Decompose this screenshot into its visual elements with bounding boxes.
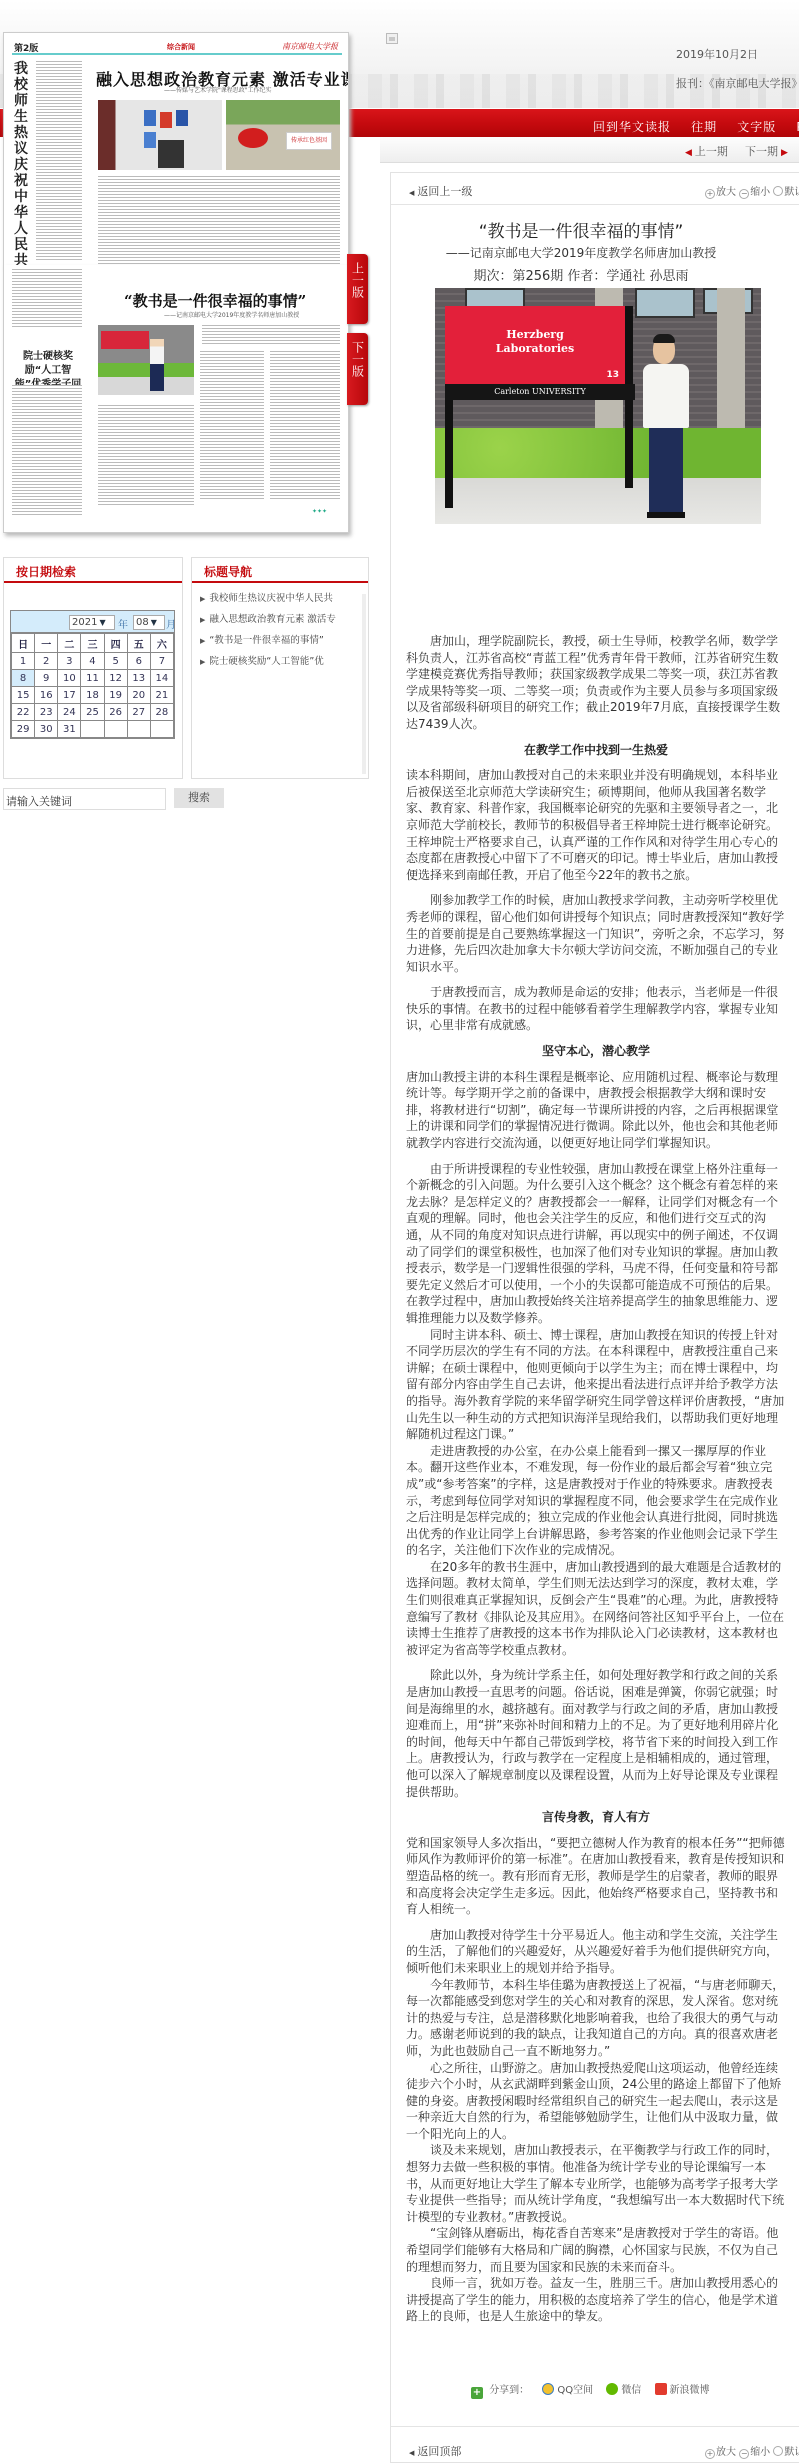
calendar-day[interactable]: 23 [35, 704, 58, 721]
title-nav-title: 标题导航 [192, 558, 368, 583]
circle-icon [773, 186, 783, 196]
calendar-day[interactable]: 26 [104, 704, 127, 721]
calendar-day[interactable]: 16 [35, 687, 58, 704]
calendar-day[interactable]: 21 [150, 687, 173, 704]
triangle-right-icon: ▶ [200, 616, 205, 624]
calendar-day[interactable]: 30 [35, 721, 58, 738]
font-size-tools-bottom: +放大 −缩小 默认 [705, 2443, 799, 2459]
calendar-day-empty [150, 721, 173, 738]
article-hotspot-1[interactable]: 我校师生热议庆祝中华人民共和国成立70周年大会 [14, 61, 30, 266]
title-nav-panel: 标题导航 ▶我校师生热议庆祝中华人民共 ▶融入思想政治教育元素 激活专 ▶“教书… [191, 557, 369, 779]
calendar-day[interactable]: 19 [104, 687, 127, 704]
article-intro: 唐加山，理学院副院长，教授，硕士生导师，校教学名师，数学学科负责人，江苏省高校“… [406, 633, 786, 733]
article-paragraph: 今年教师节，本科生毕佳璐为唐教授送上了祝福，“与唐老师聊天，每一次都能感受到您对… [406, 1977, 786, 2060]
article-paragraph: 同时主讲本科、硕士、博士课程，唐加山教授在知识的传授上针对不同学历层次的学生有不… [406, 1327, 786, 1443]
zoom-default-button[interactable]: 默认 [773, 187, 799, 198]
triangle-left-icon: ◀ [685, 148, 692, 158]
calendar-day[interactable]: 29 [12, 721, 35, 738]
article-paragraph: 良师一言，犹如万卷。益友一生，胜朋三千。唐加山教授用悉心的讲授提高了学生的能力，… [406, 2275, 786, 2325]
calendar-day[interactable]: 25 [81, 704, 104, 721]
text-block [36, 61, 82, 261]
article-paragraph: 唐加山教授主讲的本科生课程是概率论、应用随机过程、概率论与数理统计等。每学期开学… [406, 1069, 786, 1152]
weekday-label: 一 [35, 634, 58, 653]
calendar-day[interactable]: 11 [81, 670, 104, 687]
minus-circle-icon: − [739, 2449, 749, 2459]
article-paragraph: 于唐教授而言，成为教师是命运的安排；他表示，当老师是一件很快乐的事情。在教书的过… [406, 984, 786, 1034]
paper-name: 报刊：《南京邮电大学报》 [676, 75, 799, 91]
calendar-day[interactable]: 12 [104, 670, 127, 687]
article-title: “教书是一件很幸福的事情” [391, 217, 771, 242]
zoom-in-button[interactable]: +放大 [705, 2447, 736, 2458]
calendar-day-today[interactable]: 8 [12, 670, 35, 687]
article-paragraph: 读本科期间，唐加山教授对自己的未来职业并没有明确规划，本科毕业后被保送至北京师范… [406, 767, 786, 883]
section-heading: 在教学工作中找到一生热爱 [406, 742, 786, 759]
calendar-day[interactable]: 4 [81, 653, 104, 670]
wechat-icon [606, 2383, 618, 2395]
back-to-top-link[interactable]: ◀返回顶部 [409, 2443, 461, 2459]
calendar-day[interactable]: 18 [81, 687, 104, 704]
chevron-down-icon: ▼ [151, 618, 157, 627]
calendar-grid: 日 一 二 三 四 五 六 1 2 3 4 5 6 7 8 9 10 1 [11, 633, 174, 738]
article-toolbar-bottom: ◀返回顶部 +放大 −缩小 默认 [391, 2426, 799, 2463]
calendar-day[interactable]: 17 [58, 687, 81, 704]
weekday-label: 五 [127, 634, 150, 653]
article-paragraph: 除此以外，身为统计学系主任，如何处理好教学和行政之间的关系是唐加山教授一直思考的… [406, 1667, 786, 1800]
page-header: 第2版 综合新闻 南京邮电大学报 [12, 41, 342, 55]
calendar-day[interactable]: 31 [58, 721, 81, 738]
calendar-day[interactable]: 28 [150, 704, 173, 721]
logo-image-icon [386, 33, 398, 44]
article-subtitle: ——记南京邮电大学2019年度教学名师唐加山教授 [391, 244, 771, 261]
title-nav-item[interactable]: ▶“教书是一件很幸福的事情” [200, 630, 368, 651]
weibo-icon [655, 2383, 667, 2395]
text-block [200, 351, 264, 501]
photo-sign: HerzbergLaboratories 13 [445, 306, 625, 384]
calendar-day-empty [81, 721, 104, 738]
chevron-down-icon: ▼ [99, 618, 105, 627]
triangle-right-icon: ▶ [200, 595, 205, 603]
triangle-right-icon: ▶ [200, 658, 205, 666]
calendar-day[interactable]: 2 [35, 653, 58, 670]
page-stamp: ✦✦✦ [312, 508, 340, 516]
weekday-label: 日 [12, 634, 35, 653]
calendar-day[interactable]: 7 [150, 653, 173, 670]
article-meta: 期次：第256期 作者：学通社 孙思雨 [391, 265, 771, 284]
calendar-day[interactable]: 14 [150, 670, 173, 687]
share-bar: + 分享到： QQ空间 微信 新浪微博 [471, 2381, 710, 2399]
month-select[interactable]: 08▼ [133, 615, 165, 630]
calendar-day[interactable]: 9 [35, 670, 58, 687]
plus-circle-icon: + [705, 2449, 715, 2459]
page-brand: 南京邮电大学报 [282, 41, 338, 52]
share-qzone[interactable]: QQ空间 [542, 2385, 603, 2396]
zoom-default-button[interactable]: 默认 [773, 2447, 799, 2458]
nav-link-past-issues[interactable]: 往期 [691, 120, 717, 134]
nav-link-home[interactable]: 回到华文读报 [593, 120, 671, 134]
back-link[interactable]: ◀返回上一级 [409, 183, 472, 199]
calendar-day[interactable]: 13 [127, 670, 150, 687]
text-block [98, 176, 340, 266]
weekday-label: 三 [81, 634, 104, 653]
weekday-label: 四 [104, 634, 127, 653]
calendar-day[interactable]: 20 [127, 687, 150, 704]
calendar-day[interactable]: 3 [58, 653, 81, 670]
qzone-icon [542, 2383, 554, 2395]
page-photo-group: 传承红色基因 [226, 100, 340, 170]
nav-link-text-version[interactable]: 文字版 [737, 120, 776, 134]
article-paragraph: “宝剑锋从磨砺出，梅花香自苦寒来”是唐教授对于学生的寄语。他希望同学们能够有大格… [406, 2225, 786, 2275]
year-select[interactable]: 2021▼ [69, 615, 115, 630]
page-photo-exhibition [98, 100, 222, 170]
text-block [12, 269, 82, 329]
title-nav-scrollbar[interactable] [362, 594, 366, 774]
article-photo: HerzbergLaboratories 13 Carleton UNIVERS… [435, 288, 761, 524]
article-paragraph: 党和国家领导人多次指出，“要把立德树人作为教育的根本任务”“把师德师风作为教师评… [406, 1835, 786, 1918]
title-nav-item[interactable]: ▶院士硬核奖励“人工智能”优 [200, 651, 368, 672]
article-body: 唐加山，理学院副院长，教授，硕士生导师，校教学名师，数学学科负责人，江苏省高校“… [406, 633, 786, 2325]
article-paragraph: 走进唐教授的办公室，在办公桌上能看到一摞又一摞厚厚的作业本。翻开这些作业本，不难… [406, 1443, 786, 1559]
page-photo-professor [98, 325, 194, 395]
article-paragraph: 刚参加教学工作的时候，唐加山教授求学问教，主动旁听学校里优秀老师的课程，留心他们… [406, 892, 786, 975]
date-search-title: 按日期检索 [4, 558, 182, 583]
calendar-day[interactable]: 10 [58, 670, 81, 687]
date-search-panel: 按日期检索 2021▼ 年 08▼ 月 日 一 二 三 四 五 六 1 2 3 … [3, 557, 183, 779]
title-nav-item[interactable]: ▶融入思想政治教育元素 激活专 [200, 609, 368, 630]
title-nav-item[interactable]: ▶我校师生热议庆祝中华人民共 [200, 588, 368, 609]
weekday-label: 六 [150, 634, 173, 653]
calendar-header: 2021▼ 年 08▼ 月 [11, 611, 174, 633]
article-toolbar-top: ◀返回上一级 +放大 −缩小 默认 [391, 173, 799, 205]
article-paragraph: 谈及未来规划，唐加山教授表示，在平衡教学与行政工作的同时，想努力去做一些积极的事… [406, 2142, 786, 2225]
article-paragraph: 在20多年的教书生涯中，唐加山教授遇到的最大难题是合适教材的选择问题。教材太简单… [406, 1559, 786, 1659]
article-paragraph: 由于所讲授课程的专业性较强，唐加山教授在课堂上格外注重每一个新概念的引入问题。为… [406, 1161, 786, 1327]
calendar-day[interactable]: 5 [104, 653, 127, 670]
article-paragraph: 唐加山教授对待学生十分平易近人。他主动和学生交流，关注学生的生活，了解他们的兴趣… [406, 1927, 786, 1977]
page-subheadline-2: ——记南京邮电大学2019年度教学名师唐加山教授 [164, 310, 299, 319]
search-button[interactable]: 搜索 [174, 788, 224, 808]
calendar-day[interactable]: 22 [12, 704, 35, 721]
text-block [202, 325, 340, 345]
title-nav-list: ▶我校师生热议庆祝中华人民共 ▶融入思想政治教育元素 激活专 ▶“教书是一件很幸… [192, 583, 368, 672]
circle-icon [773, 2446, 783, 2456]
calendar-day-empty [104, 721, 127, 738]
calendar-day[interactable]: 15 [12, 687, 35, 704]
text-block [270, 351, 340, 501]
triangle-left-icon: ◀ [409, 189, 414, 197]
share-weibo[interactable]: 新浪微博 [655, 2385, 710, 2396]
zoom-out-button[interactable]: −缩小 [739, 2447, 770, 2458]
page-subheadline: ——传媒与艺术学院"课程思政"工作纪实 [164, 85, 272, 94]
font-size-tools: +放大 −缩小 默认 [705, 183, 799, 199]
section-heading: 坚守本心，潜心教学 [406, 1043, 786, 1060]
newspaper-page-image-bottom[interactable]: “教书是一件很幸福的事情” ——记南京邮电大学2019年度教学名师唐加山教授 院… [3, 265, 349, 533]
share-wechat[interactable]: 微信 [606, 2385, 651, 2396]
triangle-right-icon: ▶ [781, 148, 788, 158]
section-heading: 言传身教，育人有方 [406, 1809, 786, 1826]
page-section: 综合新闻 [167, 42, 195, 52]
prev-issue-link[interactable]: ◀上一期 [685, 143, 728, 159]
issue-date: 2019年10月2日 [676, 46, 758, 62]
triangle-left-icon: ◀ [409, 2449, 414, 2457]
plus-circle-icon: + [705, 189, 715, 199]
article-panel: ◀返回上一级 +放大 −缩小 默认 “教书是一件很幸福的事情” ——记南京邮电大… [390, 172, 799, 2463]
page-number: 第2版 [14, 41, 38, 54]
calendar-day-empty [127, 721, 150, 738]
triangle-right-icon: ▶ [200, 637, 205, 645]
weekday-label: 二 [58, 634, 81, 653]
plus-icon[interactable]: + [471, 2387, 483, 2399]
calendar-day[interactable]: 6 [127, 653, 150, 670]
keyword-search-input[interactable]: 请输入关键词 [3, 788, 166, 810]
issue-nav: ◀上一期 下一期▶ [380, 137, 799, 163]
calendar-day[interactable]: 24 [58, 704, 81, 721]
newspaper-page-image-top[interactable]: 第2版 综合新闻 南京邮电大学报 我校师生热议庆祝中华人民共和国成立70周年大会… [3, 32, 349, 266]
article-hotspot-3[interactable]: “教书是一件很幸福的事情” [124, 290, 306, 311]
calendar: 2021▼ 年 08▼ 月 日 一 二 三 四 五 六 1 2 3 4 5 6 [10, 610, 175, 739]
minus-circle-icon: − [739, 189, 749, 199]
calendar-day[interactable]: 27 [127, 704, 150, 721]
article-paragraph: 心之所往，山野游之。唐加山教授热爱爬山这项运动，他曾经连续徒步六个小时，从玄武湖… [406, 2060, 786, 2143]
next-issue-link[interactable]: 下一期▶ [745, 143, 788, 159]
next-page-tab[interactable]: 下一版 [347, 333, 368, 405]
text-block [12, 385, 82, 515]
text-block [98, 405, 194, 505]
prev-page-tab[interactable]: 上一版 [347, 254, 368, 324]
zoom-in-button[interactable]: +放大 [705, 187, 736, 198]
calendar-day[interactable]: 1 [12, 653, 35, 670]
zoom-out-button[interactable]: −缩小 [739, 187, 770, 198]
